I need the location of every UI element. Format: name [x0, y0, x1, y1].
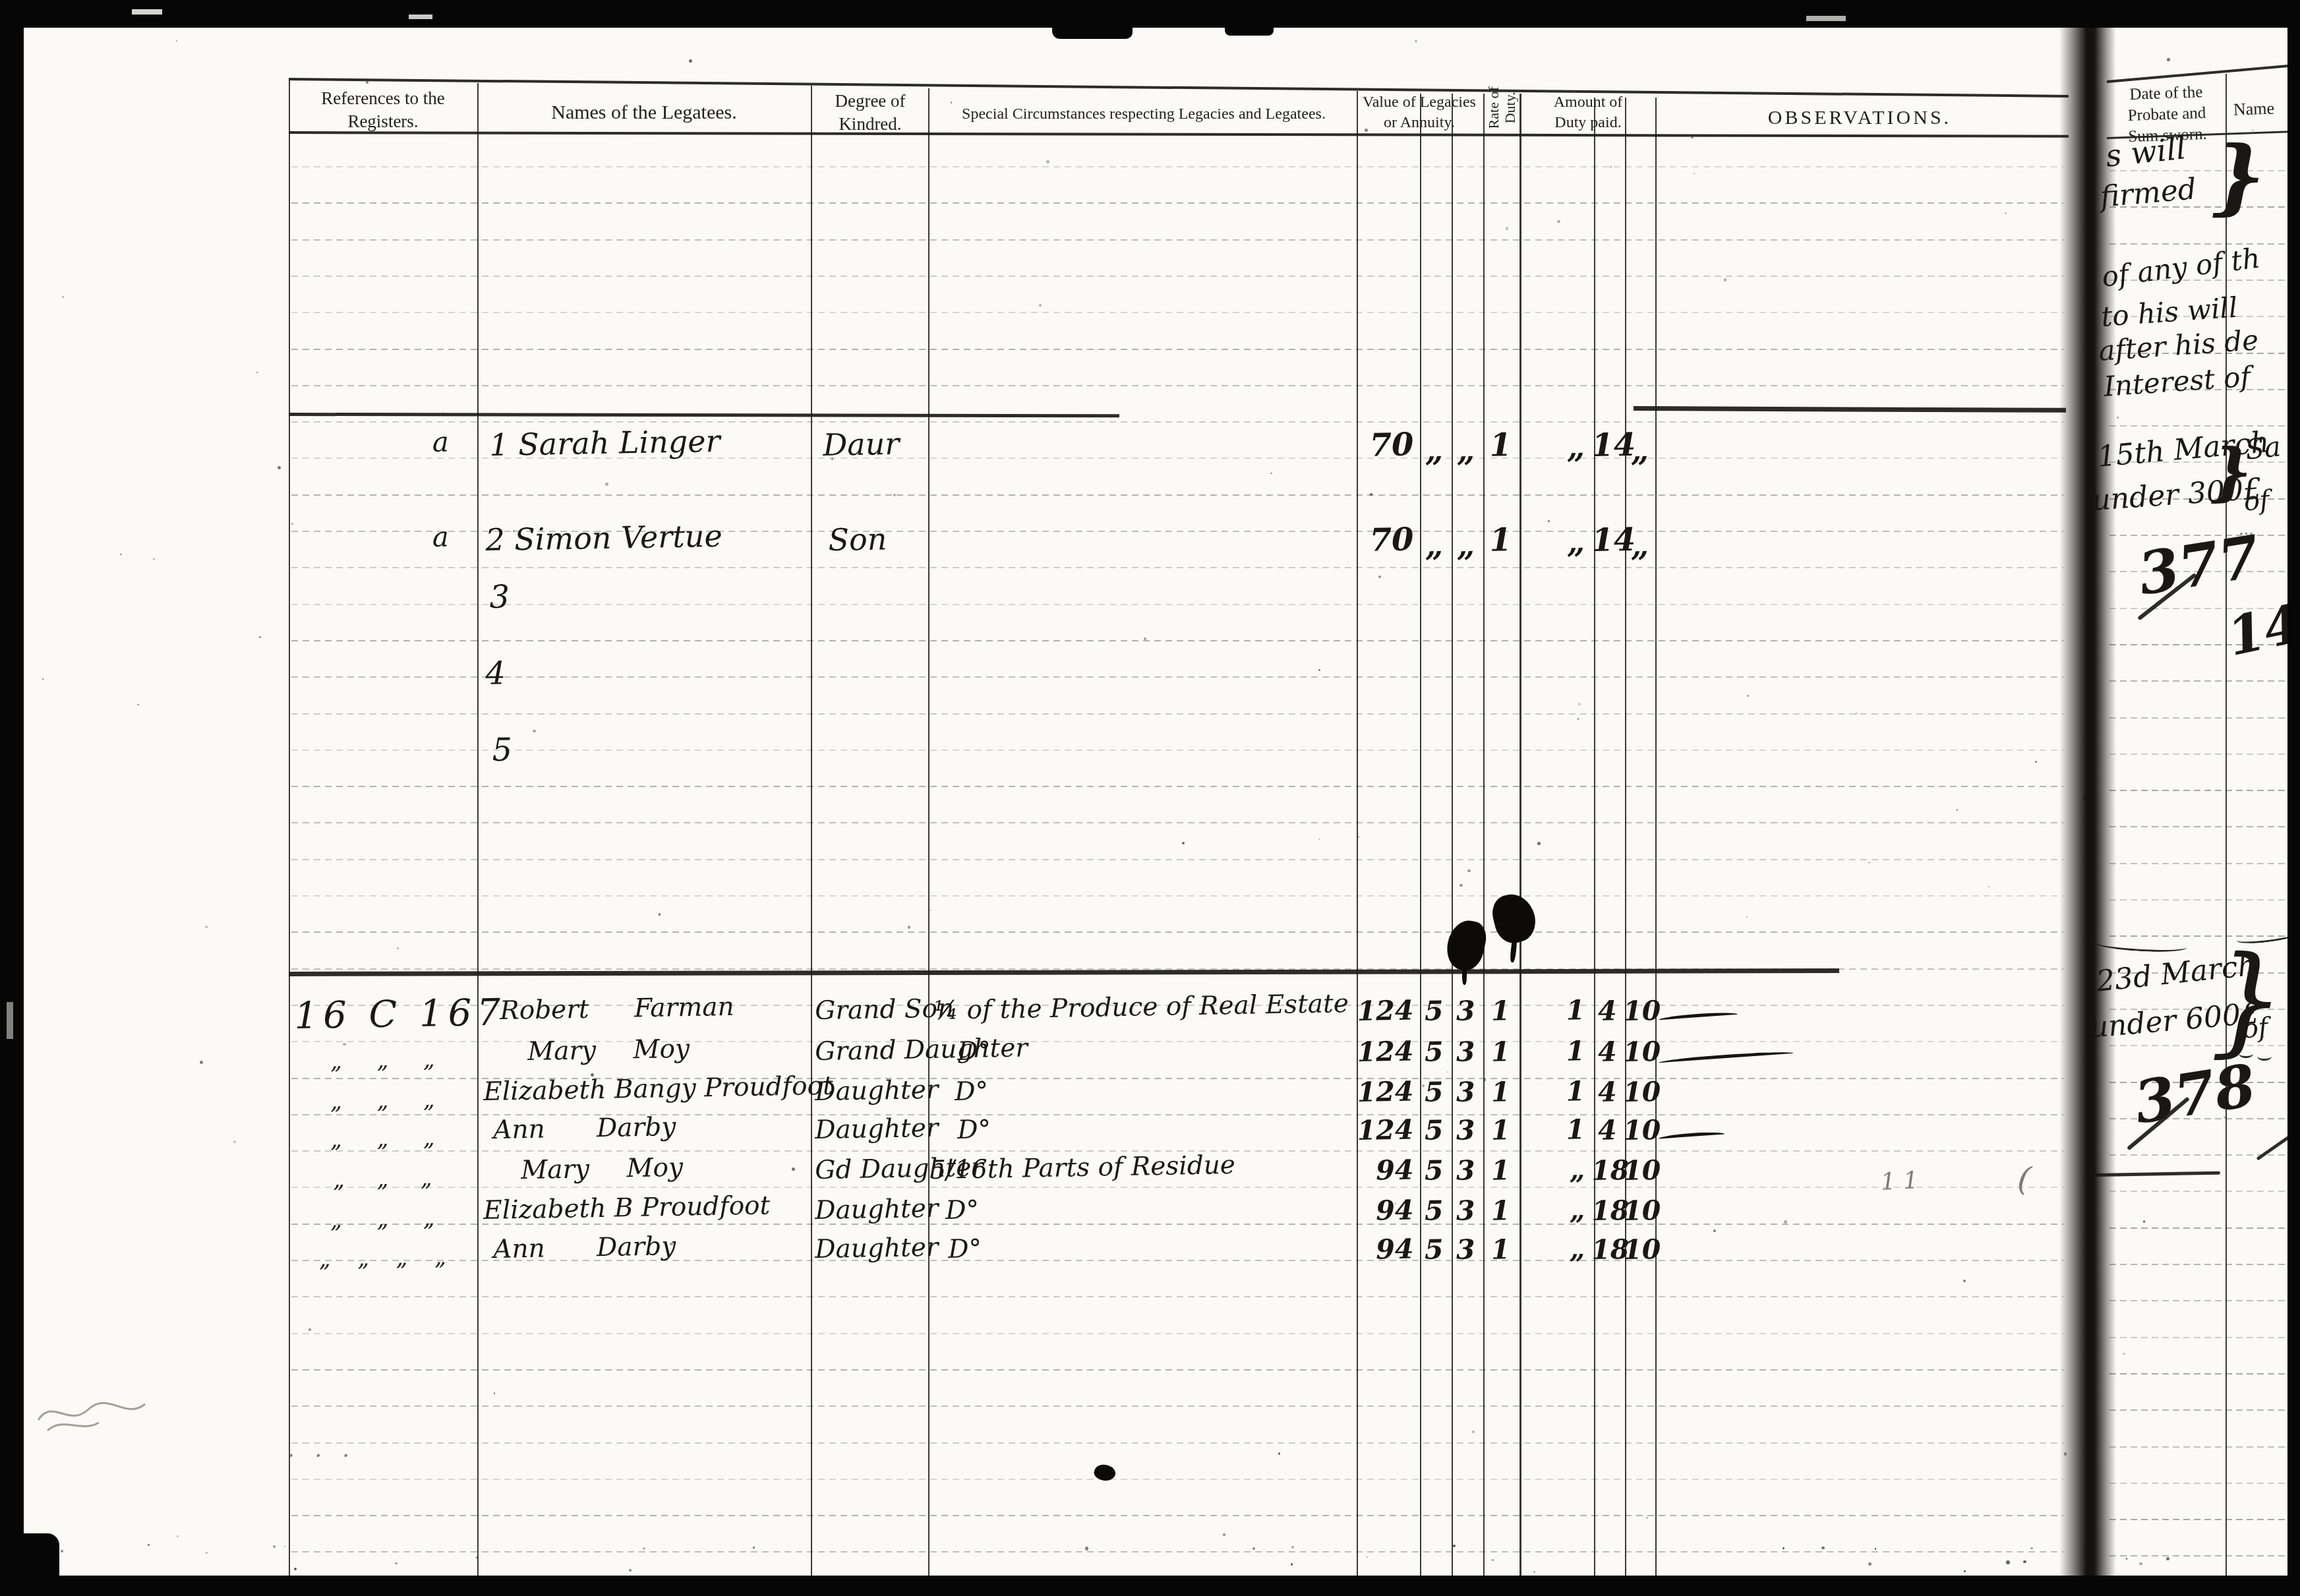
ruled-line-right-2	[2109, 243, 2300, 245]
column-line-4	[1357, 91, 1358, 1576]
edge-speck-2	[1821, 1547, 1824, 1549]
entry-value-shillings: 5	[1419, 1079, 1450, 1106]
entry-value-pounds: 94	[1357, 1235, 1414, 1263]
noise-speck-14	[929, 910, 931, 912]
ruled-line-right-7	[2109, 425, 2300, 427]
scan-border-top-blob-1	[1052, 28, 1133, 39]
fragment-firmed: firmed	[2099, 175, 2198, 212]
ruled-line-left-32	[291, 1333, 2063, 1334]
entry-kindred: Son	[828, 521, 1046, 555]
entry-value-pence: 3	[1450, 997, 1481, 1025]
entry-value-shillings: 5	[1419, 1157, 1450, 1185]
edge-speck-29	[1533, 1571, 1535, 1573]
noise-speck-10	[893, 494, 896, 496]
noise-speck-6	[494, 1392, 495, 1394]
observations-pencil-mark: 1 1	[1880, 1169, 1919, 1195]
noise-speck-80	[689, 59, 692, 63]
noise-speck-77	[1713, 1229, 1716, 1232]
entry-value-shillings: 5	[1419, 1117, 1450, 1144]
margin-pencil-dots: · · ·	[287, 1445, 356, 1467]
entry-legatee-name: 4	[485, 651, 855, 690]
noise-speck-84	[591, 1073, 594, 1077]
noise-speck-69	[1784, 1220, 1787, 1224]
column-line-9	[1594, 98, 1595, 1576]
edge-speck-5	[294, 1568, 297, 1570]
probate2-sworn-side: of	[2241, 1015, 2269, 1043]
entry-rate-of-duty: 1	[1485, 1079, 1517, 1106]
header-kindred: Degree of Kindred.	[812, 90, 928, 135]
ruled-line-right-31	[2109, 1300, 2300, 1301]
ruled-line-right-20	[2109, 899, 2300, 901]
entry-duty-shillings: 4	[1591, 1038, 1624, 1066]
ruled-line-right-15	[2109, 717, 2300, 719]
noise-speck-18	[2117, 417, 2119, 419]
edge-speck-24	[1085, 1547, 1089, 1551]
column-line-11	[1655, 98, 1657, 1576]
noise-speck-72	[62, 296, 64, 298]
ruled-line-left-2	[291, 239, 2063, 241]
ruled-line-left-31	[291, 1296, 2063, 1297]
entry-duty-pence: 10	[1623, 1038, 1657, 1066]
noise-speck-79	[1577, 718, 1579, 721]
border-speck-1	[132, 9, 162, 15]
noise-speck-27	[659, 913, 661, 916]
ruled-line-left-5	[291, 349, 2063, 350]
noise-speck-55	[2224, 1116, 2226, 1119]
fragment-interest-of: Interest of	[2103, 363, 2251, 400]
entry-legatee-name: Robert Farman	[500, 991, 870, 1024]
amount-flourish-0	[1659, 1011, 1738, 1020]
edge-speck-10	[1367, 1556, 1369, 1558]
ruled-line-right-29	[2109, 1227, 2300, 1229]
noise-speck-38	[734, 1091, 736, 1092]
border-speck-3	[1806, 16, 1846, 21]
entry-legatee-name: Ann Darby	[493, 1230, 863, 1262]
column-line-7	[1483, 94, 1485, 1576]
edge-speck-4	[395, 1562, 397, 1564]
entry-duty-pounds: 1	[1519, 1038, 1585, 1066]
noise-speck-61	[1182, 842, 1185, 844]
header-references: References to the Registers.	[295, 87, 471, 133]
noise-speck-30	[2143, 1220, 2146, 1223]
edge-speck-13	[284, 1546, 285, 1547]
column-line-10	[1625, 98, 1626, 1576]
edge-speck-8	[273, 1545, 276, 1548]
noise-speck-11	[1988, 886, 1990, 888]
amount-flourish-2	[1659, 1131, 1725, 1139]
entry-value-pounds: 124	[1357, 1078, 1414, 1106]
edge-speck-18	[2166, 1557, 2169, 1560]
noise-speck-22	[605, 483, 608, 486]
probate1-side-fragment: Sa	[2244, 432, 2282, 463]
probate1-sworn-side: of	[2243, 487, 2270, 516]
noise-speck-83	[1548, 520, 1550, 523]
entry-value-pence: 3	[1450, 1038, 1481, 1066]
edge-speck-15	[2030, 1547, 2032, 1549]
noise-speck-1	[1537, 842, 1541, 845]
entry-value-pounds: 124	[1357, 997, 1414, 1024]
noise-speck-64	[2123, 1353, 2125, 1355]
probate1-sworn: under 300£	[2091, 475, 2262, 516]
entry-duty-pence: 10	[1623, 1236, 1657, 1264]
ruled-line-left-34	[291, 1405, 2063, 1407]
entry-value-shillings: „	[1419, 529, 1450, 562]
noise-speck-32	[792, 1167, 795, 1171]
ruled-line-left-35	[291, 1442, 2063, 1444]
entry-duty-pence: 10	[1623, 1157, 1657, 1185]
entry-legatee-name: 2 Simon Vertue	[485, 518, 855, 555]
entry-duty-shillings: 18	[1591, 1197, 1624, 1225]
amount-flourish-1	[1659, 1050, 1794, 1063]
entry-value-shillings: 5	[1419, 997, 1450, 1025]
section2-separator	[289, 968, 1839, 976]
entry-kindred: Daur	[823, 426, 1041, 460]
noise-speck-65	[1610, 165, 1612, 168]
column-line-8	[1519, 94, 1521, 1576]
noise-speck-0	[1370, 493, 1372, 496]
ruled-line-right-33	[2109, 1373, 2300, 1374]
entry-duty-pounds: „	[1519, 526, 1585, 559]
entry-duty-shillings: 18	[1591, 1157, 1624, 1185]
probate2-squiggle-b	[2257, 1052, 2272, 1061]
noise-speck-44	[1724, 278, 1727, 281]
noise-speck-75	[1694, 173, 1695, 174]
entry-legatee-name: Elizabeth Bangy Proudfoot	[483, 1073, 853, 1105]
entry-legatee-name: 5	[492, 728, 862, 766]
entry-value-shillings: 5	[1419, 1038, 1450, 1066]
noise-speck-12	[1318, 669, 1320, 671]
observations-pencil-paren: (	[2016, 1162, 2032, 1196]
noise-speck-5	[1691, 136, 1694, 139]
noise-speck-57	[233, 1140, 236, 1143]
noise-speck-71	[1318, 839, 1320, 840]
fragment-brace-top: }	[2212, 136, 2265, 218]
noise-speck-81	[259, 636, 261, 638]
noise-speck-66	[2167, 58, 2170, 61]
noise-speck-31	[908, 926, 911, 929]
noise-speck-3	[2252, 129, 2254, 131]
noise-speck-48	[397, 947, 399, 950]
edge-speck-25	[753, 1547, 755, 1549]
ruled-line-right-32	[2109, 1337, 2300, 1338]
entry-legatee-name: 1 Sarah Linger	[489, 423, 859, 460]
noise-speck-68	[153, 558, 155, 560]
entry-value-pounds: 124	[1357, 1038, 1414, 1065]
noise-speck-51	[1578, 703, 1581, 705]
noise-speck-36	[1472, 1431, 1475, 1434]
noise-speck-52	[176, 40, 177, 42]
header-special-circumstances: Special Circumstances respecting Legacie…	[931, 104, 1357, 125]
noise-speck-40	[1278, 1452, 1280, 1454]
edge-speck-6	[1964, 1570, 1966, 1572]
fragment-after-his-de: after his de	[2098, 326, 2259, 365]
entry-duty-shillings: 14	[1591, 524, 1624, 556]
ruled-line-right-16	[2109, 754, 2300, 755]
page-gutter-shadow	[2059, 0, 2116, 1596]
noise-speck-54	[513, 530, 515, 532]
edge-speck-23	[2006, 1560, 2010, 1564]
entry-duty-pounds: 1	[1519, 997, 1585, 1025]
entry-value-pounds: 70	[1357, 523, 1414, 556]
entry-rate-of-duty: 1	[1485, 1117, 1517, 1144]
table-top-rule	[289, 78, 2069, 98]
noise-speck-70	[1868, 862, 1871, 864]
ruled-line-left-11	[291, 567, 2063, 568]
ruled-line-left-37	[291, 1515, 2063, 1516]
entry-duty-pence: 10	[1623, 1117, 1657, 1144]
entry-duty-shillings: 14	[1591, 429, 1624, 461]
noise-speck-60	[1957, 809, 1958, 810]
ruled-line-left-4	[291, 312, 2063, 313]
entry-duty-pence: „	[1623, 434, 1657, 467]
entry-legatee-name: 3	[489, 575, 859, 613]
noise-speck-26	[42, 678, 44, 680]
noise-speck-58	[291, 523, 293, 525]
border-speck-4	[7, 1002, 13, 1039]
header-rate-of-duty: Rate of Duty.	[1485, 67, 1519, 148]
entry-value-pence: 3	[1450, 1079, 1481, 1106]
entry-duty-pence: „	[1623, 529, 1657, 562]
ruled-line-right-30	[2109, 1264, 2300, 1265]
entry-duty-pence: 10	[1623, 1079, 1657, 1106]
noise-speck-4	[200, 1061, 203, 1064]
ruled-line-left-15	[291, 713, 2063, 715]
header-value: Value of Legacies or Annuity.	[1355, 92, 1483, 133]
edge-speck-9	[2139, 1562, 2142, 1566]
entry-duty-pence: 10	[1623, 997, 1657, 1025]
noise-speck-74	[2064, 1452, 2067, 1456]
entry-value-pence: „	[1450, 529, 1481, 562]
entry-duty-shillings: 18	[1591, 1236, 1624, 1264]
ruled-line-left-1	[291, 202, 2063, 204]
ruled-line-left-7	[291, 421, 2063, 423]
scan-border-bottom	[0, 1576, 2300, 1596]
noise-speck-41	[205, 926, 208, 928]
noise-speck-45	[256, 372, 258, 373]
edge-speck-20	[1783, 1547, 1784, 1549]
entry-ref: „ „ „	[298, 1088, 467, 1113]
fragment-to-his-will: to his will	[2100, 294, 2239, 331]
edge-speck-26	[2023, 1560, 2026, 1564]
entry-value-pounds: 94	[1357, 1156, 1414, 1184]
probate2-folio: 378	[2131, 1055, 2259, 1132]
noise-speck-56	[670, 1243, 672, 1245]
ruled-line-right-14	[2109, 680, 2300, 682]
ruled-line-right-28	[2109, 1191, 2300, 1192]
ruled-line-left-17	[291, 786, 2063, 787]
ruled-line-right-27	[2109, 1154, 2300, 1156]
column-line-2	[811, 86, 812, 1576]
noise-speck-59	[1460, 884, 1463, 887]
probate1-folio: 377	[2135, 527, 2263, 603]
edge-speck-14	[1291, 1546, 1294, 1549]
ruled-line-left-18	[291, 822, 2063, 823]
scan-border-right	[2287, 0, 2300, 1596]
column-line-0	[289, 79, 290, 1576]
entry-value-pence: 3	[1450, 1117, 1481, 1144]
entry-ref: „ „ „	[298, 1127, 467, 1152]
noise-speck-78	[951, 102, 953, 103]
entry-ref: „ „ „ „	[298, 1246, 467, 1271]
column-line-6	[1452, 94, 1453, 1576]
entry-value-pence: 3	[1450, 1236, 1481, 1264]
noise-speck-19	[1447, 1071, 1449, 1073]
entry-value-pounds: 70	[1357, 429, 1414, 461]
noise-speck-46	[1746, 916, 1748, 918]
small-ink-mark	[1092, 1462, 1117, 1484]
entry-legatee-name: Ann Darby	[493, 1111, 863, 1143]
header-names: Names of the Legatees.	[477, 100, 811, 125]
edge-speck-27	[629, 1569, 632, 1572]
entry-special-circumstances: 5/16th Parts of Residue	[929, 1150, 1365, 1183]
ruled-line-left-36	[291, 1479, 2063, 1480]
noise-speck-16	[1046, 160, 1049, 163]
noise-speck-7	[366, 81, 369, 84]
right-page-curve-left	[2095, 936, 2188, 953]
entry-value-pence: 3	[1450, 1197, 1481, 1225]
ruled-line-right-17	[2109, 790, 2300, 791]
noise-speck-34	[343, 1043, 345, 1046]
noise-speck-28	[1646, 1517, 1648, 1519]
ruled-line-left-19	[291, 859, 2063, 860]
edge-speck-7	[476, 1556, 478, 1558]
fragment-s-will: s will	[2104, 133, 2187, 171]
noise-speck-8	[1963, 1280, 1966, 1283]
edge-speck-0	[2126, 1558, 2128, 1560]
ruled-line-right-18	[2109, 826, 2300, 827]
entry-duty-shillings: 4	[1591, 1117, 1624, 1144]
fragment-of-any-of-th: of any of th	[2100, 245, 2262, 291]
entry-ref: „ „ „	[298, 1048, 467, 1073]
entry-rate-of-duty: 1	[1485, 1157, 1517, 1185]
noise-speck-82	[2005, 212, 2007, 214]
right-page-top-rule	[2107, 63, 2299, 83]
noise-speck-33	[442, 412, 444, 414]
margin-pencil-squiggle	[34, 1390, 160, 1442]
entry-rate-of-duty: 1	[1485, 1038, 1517, 1066]
entry-duty-pounds: 1	[1519, 1078, 1585, 1106]
noise-speck-53	[177, 1535, 179, 1537]
edge-speck-21	[2083, 1551, 2085, 1553]
noise-speck-73	[1223, 1533, 1225, 1536]
ink-blot-left	[1443, 917, 1490, 974]
entry-value-pence: 3	[1450, 1157, 1481, 1185]
noise-speck-37	[1557, 220, 1560, 223]
ruled-line-left-20	[291, 895, 2063, 897]
noise-speck-13	[1378, 576, 1381, 578]
edge-speck-12	[1492, 1559, 1494, 1561]
noise-speck-9	[120, 554, 121, 555]
noise-speck-88	[2262, 1036, 2263, 1037]
entry-rate-of-duty: 1	[1485, 524, 1517, 556]
ruled-line-left-3	[291, 276, 2063, 277]
ruled-line-right-36	[2109, 1483, 2300, 1484]
entry-legatee-name: Elizabeth B Proudfoot	[483, 1191, 853, 1224]
noise-speck-15	[1357, 836, 1359, 838]
ruled-line-left-21	[291, 931, 2063, 933]
noise-speck-89	[643, 1547, 645, 1550]
noise-speck-49	[1506, 227, 1509, 230]
ruled-line-left-28	[291, 1187, 2063, 1188]
entry-ref: „ „ „	[298, 1167, 467, 1192]
entry-ref: „ „ „	[298, 1207, 467, 1232]
scan-border-top	[0, 0, 2300, 28]
entry-value-shillings: „	[1419, 434, 1450, 467]
noise-speck-35	[1270, 473, 1272, 475]
entry-duty-shillings: 4	[1591, 1079, 1624, 1106]
scan-border-top-blob-2	[1225, 28, 1274, 36]
edge-speck-22	[1291, 1563, 1293, 1566]
entry-value-pounds: 94	[1357, 1197, 1414, 1224]
edge-speck-19	[1868, 1562, 1872, 1566]
noise-speck-21	[1747, 695, 1749, 697]
noise-speck-86	[1467, 870, 1470, 872]
entry-rate-of-duty: 1	[1485, 1236, 1517, 1264]
ruled-line-right-35	[2109, 1446, 2300, 1448]
header-bottom-rule	[289, 131, 2069, 138]
entry-duty-pounds: „	[1519, 431, 1585, 464]
section1-separator-right	[1634, 406, 2066, 413]
noise-speck-2	[206, 1552, 208, 1554]
noise-speck-43	[2035, 761, 2037, 763]
entry-duty-pounds: „	[1519, 1156, 1585, 1185]
entry-rate-of-duty: 1	[1485, 1197, 1517, 1225]
noise-speck-23	[1365, 129, 1368, 132]
border-speck-2	[409, 15, 432, 19]
entry-duty-pounds: „	[1519, 1197, 1585, 1225]
entry-duty-pence: 10	[1623, 1197, 1657, 1225]
ruled-line-left-13	[291, 640, 2063, 641]
ruled-line-left-0	[291, 166, 2063, 167]
entry-duty-shillings: 4	[1591, 997, 1624, 1025]
scanned-register-page: References to the Registers. Names of th…	[0, 0, 2300, 1596]
edge-speck-1	[148, 1544, 150, 1546]
scan-border-left	[0, 0, 24, 1596]
noise-speck-24	[1039, 304, 1042, 307]
entry-value-pence: „	[1450, 434, 1481, 467]
entry-value-pounds: 124	[1357, 1116, 1414, 1144]
noise-speck-67	[137, 704, 138, 705]
noise-speck-87	[278, 466, 281, 469]
section1-separator-left	[289, 413, 1119, 417]
noise-speck-25	[533, 730, 535, 732]
edge-speck-3	[1253, 1547, 1255, 1550]
header-observations: OBSERVATIONS.	[1657, 105, 2063, 131]
edge-speck-11	[1453, 1545, 1456, 1547]
ink-blot-left-drip	[1462, 965, 1467, 985]
ruled-line-left-33	[291, 1369, 2063, 1371]
edge-speck-16	[2226, 1565, 2227, 1566]
entry-special-circumstances: ¼ of the Produce of Real Estate	[933, 990, 1369, 1024]
entry-value-shillings: 5	[1419, 1236, 1450, 1264]
ruled-line-right-38	[2109, 1555, 2300, 1556]
entry-rate-of-duty: 1	[1485, 429, 1517, 461]
entry-duty-pounds: 1	[1519, 1116, 1585, 1144]
entry-value-shillings: 5	[1419, 1197, 1450, 1225]
column-line-3	[928, 88, 929, 1576]
noise-speck-63	[2083, 796, 2086, 800]
ruled-line-left-6	[291, 385, 2063, 386]
column-line-1	[477, 83, 479, 1576]
ruled-line-left-38	[291, 1551, 2063, 1552]
edge-speck-28	[61, 1550, 63, 1552]
ruled-line-right-37	[2109, 1519, 2300, 1520]
ruled-line-right-34	[2109, 1409, 2300, 1411]
right-page-dash	[2095, 1171, 2220, 1177]
entry-rate-of-duty: 1	[1485, 997, 1517, 1025]
ruled-line-left-9	[291, 494, 2063, 496]
header-amount: Amount of Duty paid.	[1521, 92, 1655, 133]
